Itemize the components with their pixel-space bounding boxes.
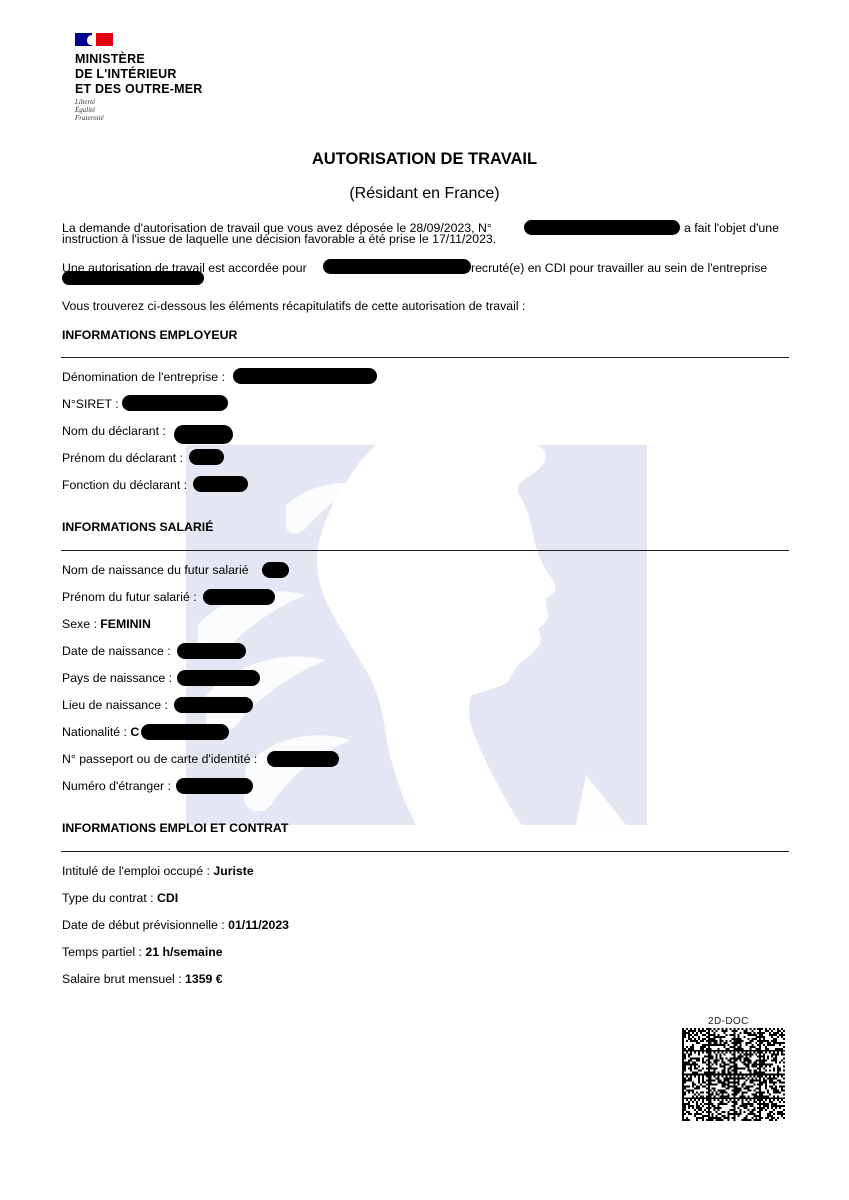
field-label-birth-name: Nom de naissance du futur salarié [62, 563, 249, 577]
redacted-value [174, 697, 253, 713]
barcode-label: 2D-DOC [708, 1016, 749, 1027]
field-label-foreigner-number: Numéro d'étranger : [62, 779, 171, 793]
field-label-salary: Salaire brut mensuel : [62, 972, 185, 986]
field-job-title: Intitulé de l'emploi occupé : Juriste [62, 864, 254, 878]
section-divider [61, 851, 789, 852]
field-label-declarant-lastname: Nom du déclarant : [62, 424, 166, 438]
redacted-value [267, 751, 339, 767]
field-label-passport: N° passeport ou de carte d'identité : [62, 752, 257, 766]
field-label-birth-place: Lieu de naissance : [62, 698, 168, 712]
intro-p2-part-b: recruté(e) en CDI pour travailler au sei… [471, 261, 767, 275]
field-value-contract-type: CDI [157, 891, 178, 905]
field-label-declarant-firstname: Prénom du déclarant : [62, 451, 183, 465]
redacted-value [174, 425, 233, 444]
redacted-application-number [524, 220, 680, 235]
field-label-siret: N°SIRET : [62, 397, 119, 411]
field-start-date: Date de début prévisionnelle : 01/11/202… [62, 918, 289, 932]
motto-fraternite: Fraternité [75, 114, 104, 122]
field-nationality: Nationalité : C [62, 725, 139, 739]
field-label-nationality: Nationalité : [62, 725, 130, 739]
field-label-birth-country: Pays de naissance : [62, 671, 172, 685]
republic-motto: Liberté Égalité Fraternité [75, 98, 104, 122]
redacted-value [203, 589, 275, 605]
2d-doc-datamatrix-icon [682, 1028, 785, 1121]
ministry-name: MINISTÈRE DE L'INTÉRIEUR ET DES OUTRE-ME… [75, 52, 203, 97]
redacted-employee-name [323, 259, 471, 274]
motto-egalite: Égalité [75, 106, 104, 114]
field-label-contract-type: Type du contrat : [62, 891, 157, 905]
ministry-line-2: DE L'INTÉRIEUR [75, 67, 203, 82]
field-label-declarant-function: Fonction du déclarant : [62, 478, 187, 492]
french-republic-flag-icon [75, 33, 113, 46]
field-label-company-name: Dénomination de l'entreprise : [62, 370, 225, 384]
section-heading-employer: INFORMATIONS EMPLOYEUR [62, 328, 237, 342]
field-value-sex: FEMININ [100, 617, 151, 631]
redacted-value [177, 643, 246, 659]
field-value-part-time: 21 h/semaine [145, 945, 222, 959]
field-label-birth-date: Date de naissance : [62, 644, 171, 658]
field-part-time: Temps partiel : 21 h/semaine [62, 945, 223, 959]
redacted-value [262, 562, 289, 578]
redacted-company-name [62, 271, 204, 285]
intro-p1-line2: instruction à l'issue de laquelle une dé… [62, 232, 496, 246]
field-salary: Salaire brut mensuel : 1359 € [62, 972, 223, 986]
field-value-start-date: 01/11/2023 [228, 918, 289, 932]
field-label-job-title: Intitulé de l'emploi occupé : [62, 864, 213, 878]
ministry-line-1: MINISTÈRE [75, 52, 203, 67]
redacted-value [233, 368, 377, 384]
field-sex: Sexe : FEMININ [62, 617, 151, 631]
document-title: AUTORISATION DE TRAVAIL [0, 150, 849, 169]
redacted-value [141, 724, 229, 740]
intro-p3: Vous trouverez ci-dessous les éléments r… [62, 299, 525, 313]
redacted-value [177, 670, 260, 686]
field-label-employee-firstname: Prénom du futur salarié : [62, 590, 197, 604]
section-divider [61, 550, 789, 551]
section-divider [61, 357, 789, 358]
field-label-sex: Sexe : [62, 617, 100, 631]
field-contract-type: Type du contrat : CDI [62, 891, 178, 905]
section-heading-employee: INFORMATIONS SALARIÉ [62, 520, 213, 534]
section-heading-contract: INFORMATIONS EMPLOI ET CONTRAT [62, 821, 288, 835]
field-value-salary: 1359 € [185, 972, 223, 986]
marianne-profile-icon [186, 445, 647, 825]
ministry-line-3: ET DES OUTRE-MER [75, 82, 203, 97]
intro-p1-part-b: a fait l'objet d'une [684, 221, 779, 235]
redacted-value [193, 476, 248, 492]
redacted-value [176, 778, 253, 794]
field-label-start-date: Date de début prévisionnelle : [62, 918, 228, 932]
field-value-job-title: Juriste [213, 864, 253, 878]
document-subtitle: (Résidant en France) [0, 185, 849, 203]
redacted-value [189, 449, 224, 465]
motto-liberte: Liberté [75, 98, 104, 106]
field-value-nationality: C [130, 725, 139, 739]
field-label-part-time: Temps partiel : [62, 945, 145, 959]
redacted-value [122, 395, 228, 411]
